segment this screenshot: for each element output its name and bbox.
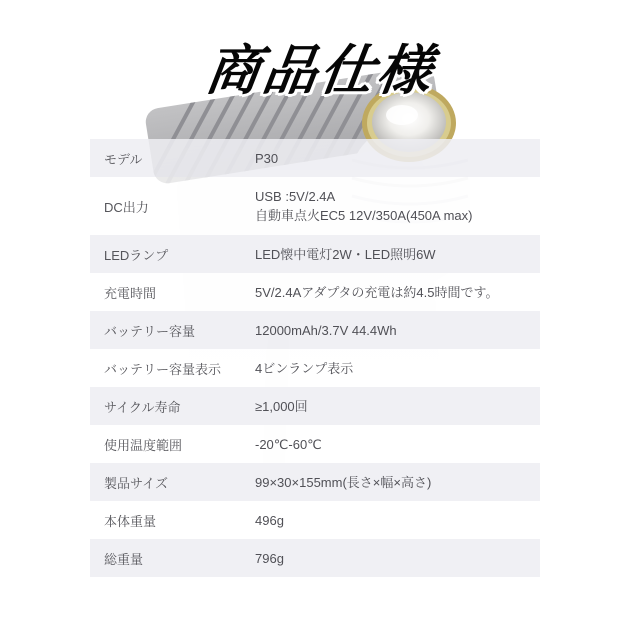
spec-label: モデル (90, 149, 255, 168)
spec-row-led-lamp: LEDランプ LED懐中電灯2W・LED照明6W (90, 235, 540, 273)
spec-value: 5V/2.4Aアダプタの充電は約4.5時間です。 (255, 283, 540, 302)
spec-label: サイクル寿命 (90, 397, 255, 416)
spec-label: DC出力 (90, 197, 255, 216)
spec-row-total-weight: 総重量 796g (90, 539, 540, 577)
spec-label: 本体重量 (90, 511, 255, 530)
spec-value: LED懐中電灯2W・LED照明6W (255, 245, 540, 264)
spec-value: P30 (255, 149, 540, 168)
spec-value: 99×30×155mm(長さ×幅×高さ) (255, 473, 540, 492)
spec-label: 充電時間 (90, 283, 255, 302)
spec-row-model: モデル P30 (90, 139, 540, 177)
spec-row-body-weight: 本体重量 496g (90, 501, 540, 539)
spec-row-cycle-life: サイクル寿命 ≥1,000回 (90, 387, 540, 425)
spec-row-dc-output: DC出力 USB :5V/2.4A 自動車点火EC5 12V/350A(450A… (90, 177, 540, 235)
product-spec-page: 商品仕様 モデル P30 DC出力 USB :5V/2.4A 自動車点火EC5 … (0, 0, 640, 640)
page-title: 商品仕様 (0, 42, 640, 101)
spec-value: 4ビンランプ表示 (255, 359, 540, 378)
page-title-text: 商品仕様 (202, 42, 438, 101)
spec-row-charge-time: 充電時間 5V/2.4Aアダプタの充電は約4.5時間です。 (90, 273, 540, 311)
spec-row-temperature-range: 使用温度範囲 -20℃-60℃ (90, 425, 540, 463)
spec-value: ≥1,000回 (255, 397, 540, 416)
spec-value: -20℃-60℃ (255, 435, 540, 454)
spec-value: 496g (255, 511, 540, 530)
spec-label: バッテリー容量 (90, 321, 255, 340)
spec-label: 使用温度範囲 (90, 435, 255, 454)
spec-label: 総重量 (90, 549, 255, 568)
spec-row-product-size: 製品サイズ 99×30×155mm(長さ×幅×高さ) (90, 463, 540, 501)
spec-label: LEDランプ (90, 245, 255, 264)
spec-label: バッテリー容量表示 (90, 359, 255, 378)
spec-row-capacity-indicator: バッテリー容量表示 4ビンランプ表示 (90, 349, 540, 387)
spec-value: 796g (255, 549, 540, 568)
spec-value-line: 自動車点火EC5 12V/350A(450A max) (255, 206, 540, 225)
spec-value: 12000mAh/3.7V 44.4Wh (255, 321, 540, 340)
spec-value-line: USB :5V/2.4A (255, 187, 540, 206)
spec-table: モデル P30 DC出力 USB :5V/2.4A 自動車点火EC5 12V/3… (90, 139, 540, 577)
spec-label: 製品サイズ (90, 473, 255, 492)
spec-row-battery-capacity: バッテリー容量 12000mAh/3.7V 44.4Wh (90, 311, 540, 349)
